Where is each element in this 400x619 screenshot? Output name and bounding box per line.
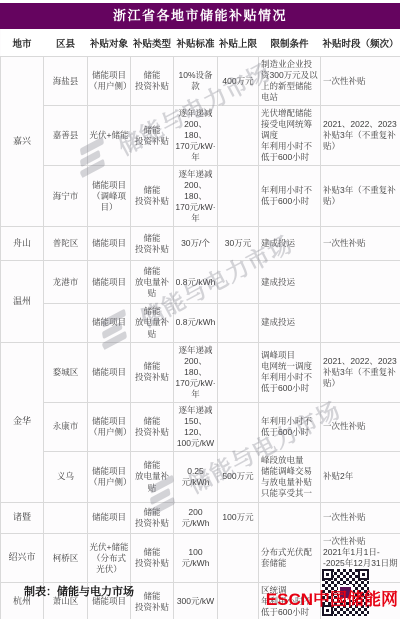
cell-condition: 调峰项目 电网统一调度 年利用小时不低于600小时: [259, 342, 321, 402]
cell-cap: [218, 166, 259, 227]
cell-type: 储能 投资补贴: [131, 166, 174, 227]
column-header: 区县: [44, 29, 88, 57]
cell-target: 储能项目 （用户侧）: [88, 402, 131, 451]
cell-cap: [218, 304, 259, 342]
cell-county: 义乌: [44, 451, 88, 502]
cell-standard: 0.8元/kWh: [174, 304, 218, 342]
table-row: 义乌储能项目 （用户侧）储能 放电量补贴0.25元/kWh500万元峰段放电量 …: [1, 451, 400, 502]
column-header: 补贴对象: [88, 29, 131, 57]
cell-period: 一次性补贴: [321, 402, 400, 451]
cell-county: 海宁市: [44, 166, 88, 227]
cell-cap: 500万元: [218, 451, 259, 502]
cell-period: [321, 304, 400, 342]
escn-logo-cn: 中国储能网: [313, 590, 398, 609]
cell-type: 储能 投资补贴: [131, 533, 174, 582]
table-row: 金华婺城区储能项目储能 投资补贴逐年递减 200、180、 170元/kW·年调…: [1, 342, 400, 402]
cell-cap: [218, 583, 259, 619]
cell-county: 婺城区: [44, 342, 88, 402]
cell-target: 光伏+储能: [88, 106, 131, 166]
infographic-page: 浙江省各地市储能补贴情况 地市区县补贴对象补贴类型补贴标准补贴上限限制条件补贴时…: [0, 0, 400, 619]
cell-target: 储能项目: [88, 342, 131, 402]
cell-city: 嘉兴: [1, 57, 44, 227]
cell-standard: 100元/kWh: [174, 533, 218, 582]
cell-type: 储能 投资补贴: [131, 502, 174, 533]
cell-standard: 0.25元/kWh: [174, 451, 218, 502]
header-row: 地市区县补贴对象补贴类型补贴标准补贴上限限制条件补贴时段（频次）: [1, 29, 400, 57]
cell-cap: [218, 402, 259, 451]
cell-condition: 年利用小时不低于600小时: [259, 166, 321, 227]
cell-type: 储能 投资补贴: [131, 57, 174, 106]
escn-logo-en: ESCN: [266, 590, 313, 609]
cell-target: 储能项目: [88, 502, 131, 533]
cell-condition: 建成投运: [259, 227, 321, 261]
column-header: 补贴标准: [174, 29, 218, 57]
escn-logo: ESCN中国储能网: [266, 585, 398, 610]
cell-condition: 峰段放电量 储能调峰交易与放电量补贴只能享受其一: [259, 451, 321, 502]
cell-condition: [259, 502, 321, 533]
cell-period: 补贴3年（不重复补贴）: [321, 166, 400, 227]
cell-city: 诸暨: [1, 502, 44, 533]
table-row: 海宁市储能项目 （调峰项目）储能 投资补贴逐年递减 200、180、 170元/…: [1, 166, 400, 227]
column-header: 补贴上限: [218, 29, 259, 57]
cell-type: 储能 放电量补贴: [131, 261, 174, 304]
cell-standard: 逐年递减 200、180、 170元/kW·年: [174, 106, 218, 166]
cell-standard: 0.8元/kWh: [174, 261, 218, 304]
cell-county: 柯桥区: [44, 533, 88, 582]
cell-type: 储能 投资补贴: [131, 106, 174, 166]
cell-city: 绍兴市: [1, 533, 44, 582]
cell-standard: 逐年递减 150、120、 100元/kW: [174, 402, 218, 451]
cell-county: 海盐县: [44, 57, 88, 106]
cell-condition: 年利用小时不低于600小时: [259, 402, 321, 451]
cell-cap: [218, 106, 259, 166]
cell-period: 一次性补贴: [321, 502, 400, 533]
cell-county: 嘉善县: [44, 106, 88, 166]
column-header: 补贴类型: [131, 29, 174, 57]
table-row: 诸暨储能项目储能 投资补贴200元/kWh100万元一次性补贴: [1, 502, 400, 533]
cell-cap: 400万元: [218, 57, 259, 106]
column-header: 补贴时段（频次）: [321, 29, 400, 57]
cell-type: 储能 投资补贴: [131, 342, 174, 402]
qr-finder-icon: [322, 569, 333, 580]
cell-city: 温州: [1, 261, 44, 342]
cell-type: 储能 放电量补贴: [131, 451, 174, 502]
cell-target: 储能项目: [88, 261, 131, 304]
cell-cap: 30万元: [218, 227, 259, 261]
cell-condition: 分布式光伏配套储能: [259, 533, 321, 582]
cell-type: 储能 投资补贴: [131, 402, 174, 451]
cell-period: 一次性补贴: [321, 227, 400, 261]
cell-period: 2021、2022、2023补贴3年（不重复补贴）: [321, 106, 400, 166]
cell-condition: 建成投运: [259, 304, 321, 342]
cell-county: 永康市: [44, 402, 88, 451]
page-title: 浙江省各地市储能补贴情况: [0, 3, 400, 29]
cell-type: 储能 投资补贴: [131, 227, 174, 261]
cell-standard: 200元/kWh: [174, 502, 218, 533]
cell-period: [321, 261, 400, 304]
cell-cap: [218, 533, 259, 582]
cell-target: 储能项目 （调峰项目）: [88, 166, 131, 227]
cell-condition: 建成投运: [259, 261, 321, 304]
table-row: 永康市储能项目 （用户侧）储能 投资补贴逐年递减 150、120、 100元/k…: [1, 402, 400, 451]
table-row: 温州龙港市储能项目储能 放电量补贴0.8元/kWh建成投运: [1, 261, 400, 304]
cell-cap: [218, 342, 259, 402]
subsidy-table: 地市区县补贴对象补贴类型补贴标准补贴上限限制条件补贴时段（频次） 嘉兴海盐县储能…: [0, 29, 400, 619]
cell-cap: [218, 261, 259, 304]
cell-cap: 100万元: [218, 502, 259, 533]
table-row: 嘉兴海盐县储能项目 （用户侧）储能 投资补贴10%设备款400万元制造业企业投资…: [1, 57, 400, 106]
cell-period: 一次性补贴: [321, 57, 400, 106]
cell-standard: 逐年递减 200、180、 170元/kW·年: [174, 166, 218, 227]
cell-standard: 30万/个: [174, 227, 218, 261]
qr-finder-icon: [358, 569, 369, 580]
table-row: 储能项目储能 放电量补贴0.8元/kWh建成投运: [1, 304, 400, 342]
cell-county: [44, 304, 88, 342]
cell-target: 储能项目 （用户侧）: [88, 451, 131, 502]
cell-condition: 光伏增配储能 接受电网统筹调度 年利用小时不低于600小时: [259, 106, 321, 166]
column-header: 限制条件: [259, 29, 321, 57]
cell-target: 储能项目: [88, 304, 131, 342]
cell-target: 储能项目: [88, 227, 131, 261]
cell-type: 储能 投资补贴: [131, 583, 174, 619]
cell-county: [44, 502, 88, 533]
cell-period: 补贴2年: [321, 451, 400, 502]
cell-standard: 逐年递减 200、180、 170元/kW·年: [174, 342, 218, 402]
table-row: 舟山普陀区储能项目储能 投资补贴30万/个30万元建成投运一次性补贴: [1, 227, 400, 261]
column-header: 地市: [1, 29, 44, 57]
cell-county: 龙港市: [44, 261, 88, 304]
cell-condition: 制造业企业投资300万元及以上的新型储能电站: [259, 57, 321, 106]
cell-type: 储能 放电量补贴: [131, 304, 174, 342]
cell-target: 储能项目 （用户侧）: [88, 57, 131, 106]
cell-city: 舟山: [1, 227, 44, 261]
cell-county: 普陀区: [44, 227, 88, 261]
cell-period: 2021、2022、2023补贴3年（不重复补贴）: [321, 342, 400, 402]
table-row: 嘉善县光伏+储能储能 投资补贴逐年递减 200、180、 170元/kW·年光伏…: [1, 106, 400, 166]
cell-target: 光伏+储能 （分布式光伏）: [88, 533, 131, 582]
table-body: 嘉兴海盐县储能项目 （用户侧）储能 投资补贴10%设备款400万元制造业企业投资…: [1, 57, 400, 619]
table-header: 地市区县补贴对象补贴类型补贴标准补贴上限限制条件补贴时段（频次）: [1, 29, 400, 57]
cell-city: 金华: [1, 342, 44, 502]
credit-text: 制表：储能与电力市场: [24, 583, 134, 599]
cell-standard: 300元/kW: [174, 583, 218, 619]
cell-standard: 10%设备款: [174, 57, 218, 106]
